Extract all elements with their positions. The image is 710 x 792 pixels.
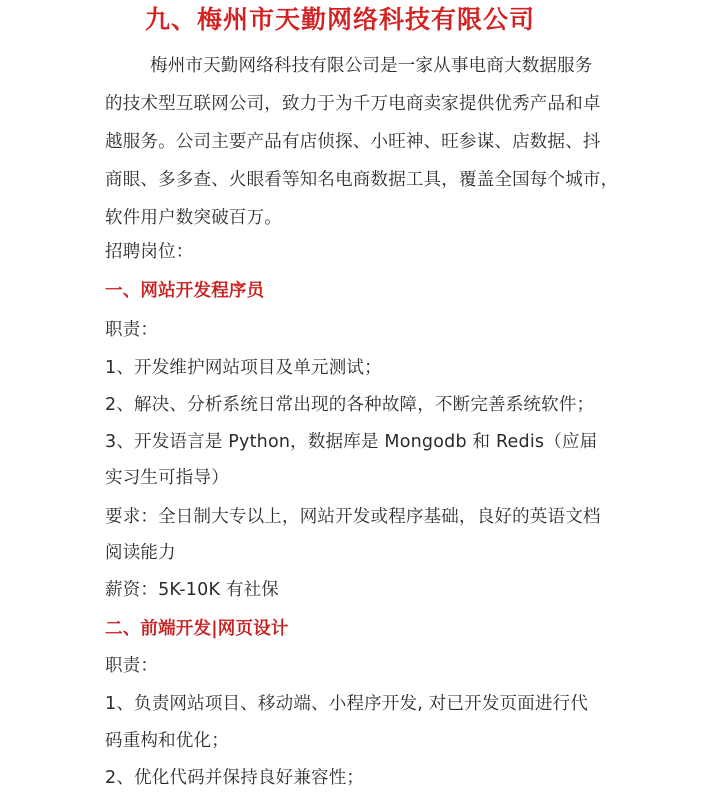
position-2-duty-2: 2、优化代码并保持良好兼容性； <box>105 766 364 790</box>
position-2-duty-1-cont: 码重构和优化； <box>105 729 229 753</box>
position-1-requirements-2: 阅读能力 <box>105 541 176 565</box>
position-1-duty-3: 3、开发语言是 Python，数据库是 Mongodb 和 Redis（应届 <box>105 430 597 454</box>
position-1-duties-label: 职责： <box>105 318 158 342</box>
position-1-salary: 薪资：5K-10K 有社保 <box>105 578 279 602</box>
intro-line-3: 越服务。公司主要产品有店侦探、小旺神、旺参谋、店数据、抖 <box>105 130 601 154</box>
intro-line-5: 软件用户数突破百万。 <box>105 206 282 230</box>
position-1-duty-1: 1、开发维护网站项目及单元测试； <box>105 356 382 380</box>
position-2-heading: 二、前端开发|网页设计 <box>105 617 289 641</box>
position-1-requirements-1: 要求：全日制大专以上，网站开发或程序基础，良好的英语文档 <box>105 505 601 529</box>
position-1-duty-2: 2、解决、分析系统日常出现的各种故障，不断完善系统软件； <box>105 393 594 417</box>
intro-line-2: 的技术型互联网公司，致力于为千万电商卖家提供优秀产品和卓 <box>105 92 601 116</box>
position-2-duties-label: 职责： <box>105 654 158 678</box>
position-2-duty-1: 1、负责网站项目、移动端、小程序开发, 对已开发页面进行代 <box>105 692 588 716</box>
intro-line-4: 商眼、多多查、火眼看等知名电商数据工具，覆盖全国每个城市， <box>105 168 618 192</box>
intro-line-1: 梅州市天勤网络科技有限公司是一家从事电商大数据服务 <box>150 54 593 78</box>
position-1-heading: 一、网站开发程序员 <box>105 279 264 303</box>
position-1-duty-3-cont: 实习生可指导） <box>105 466 229 490</box>
positions-label: 招聘岗位： <box>105 240 194 264</box>
company-title: 九、梅州市天勤网络科技有限公司 <box>145 4 535 36</box>
